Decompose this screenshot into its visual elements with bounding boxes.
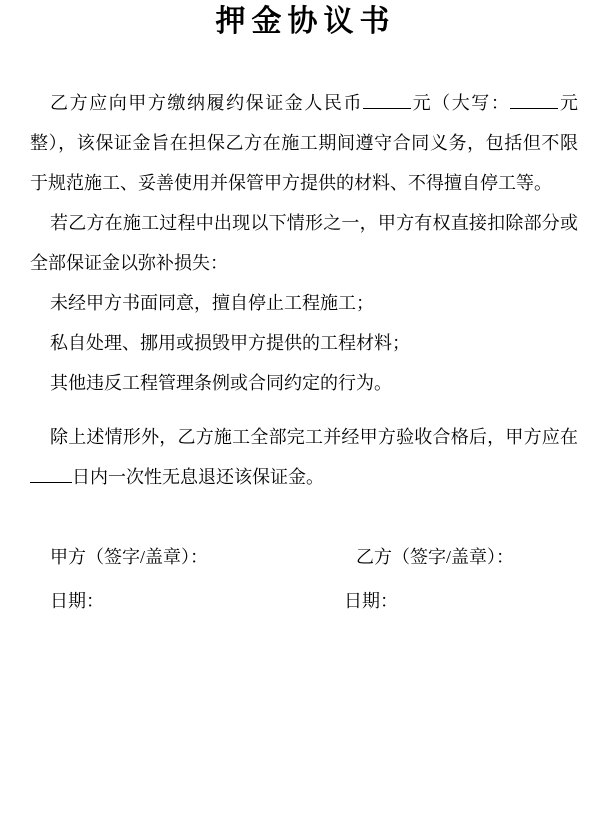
document-page: 押金协议书 乙方应向甲方缴纳履约保证金人民币元（大写：元整），该保证金旨在担保乙… xyxy=(0,0,611,824)
list-item-misuse-materials: 私自处理、挪用或损毁甲方提供的工程材料； xyxy=(30,323,578,363)
document-body: 乙方应向甲方缴纳履约保证金人民币元（大写：元整），该保证金旨在担保乙方在施工期间… xyxy=(30,83,578,497)
paragraph-refund: 除上述情形外，乙方施工全部完工并经甲方验收合格后，甲方应在日内一次性无息退还该保… xyxy=(30,417,578,497)
party-a-date-label: 日期： xyxy=(50,589,104,613)
party-b-signature-label: 乙方（签字/盖章）： xyxy=(356,545,514,569)
party-b-date-label: 日期： xyxy=(344,589,398,613)
text-run-refund-lead: 除上述情形外，乙方施工全部完工并经甲方验收合格后，甲方应在 xyxy=(50,427,578,447)
paragraph-deposit: 乙方应向甲方缴纳履约保证金人民币元（大写：元整），该保证金旨在担保乙方在施工期间… xyxy=(30,83,578,203)
party-a-signature-label: 甲方（签字/盖章）： xyxy=(50,545,208,569)
list-item-other-violations: 其他违反工程管理条例或合同约定的行为。 xyxy=(30,363,578,403)
blank-amount-numeric xyxy=(363,106,411,109)
text-run-deposit-lead: 乙方应向甲方缴纳履约保证金人民币 xyxy=(50,93,363,113)
text-run-refund-tail: 日内一次性无息退还该保证金。 xyxy=(72,467,324,487)
list-item-stop-work: 未经甲方书面同意，擅自停止工程施工； xyxy=(30,283,578,323)
blank-amount-words xyxy=(510,106,558,109)
blank-refund-days xyxy=(30,480,72,483)
text-run-deposit-mid: 元（大写： xyxy=(411,93,510,113)
paragraph-deduction: 若乙方在施工过程中出现以下情形之一，甲方有权直接扣除部分或全部保证金以弥补损失： xyxy=(30,203,578,283)
page-title: 押金协议书 xyxy=(0,2,611,42)
